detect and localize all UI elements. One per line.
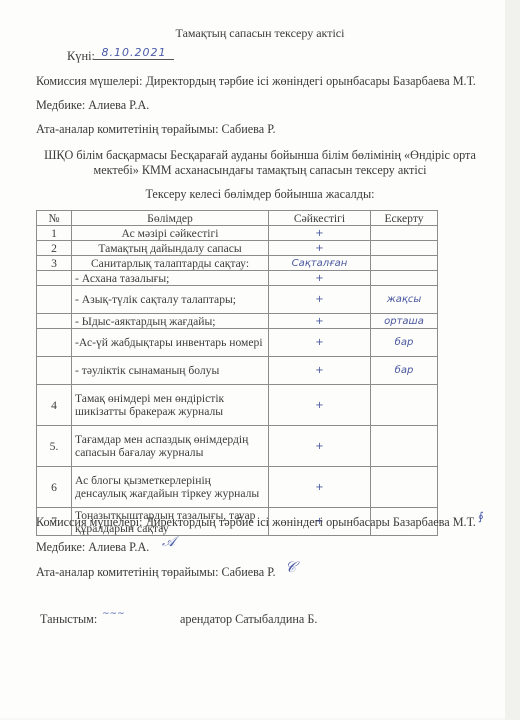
table-row: 4Тамақ өнімдері мен өндірістік шикізатты…: [37, 385, 438, 426]
header-section: Бөлімдер: [72, 211, 269, 226]
row-num: [37, 329, 72, 357]
row-section: - тәуліктік сынаманың болуы: [72, 357, 269, 385]
tenant-line: арендатор Сатыбалдина Б.: [180, 612, 317, 627]
table-row: 5.Тағамдар мен аспаздық өнімдердің сапас…: [37, 426, 438, 467]
table-header-row: № Бөлімдер Сәйкестігі Ескерту: [37, 211, 438, 226]
footer-parent-line: Ата-аналар комитетінің төрайымы: Сабиева…: [36, 565, 276, 580]
row-section: Ас блогы қызметкерлерінің денсаулық жағд…: [72, 467, 269, 508]
table-row: - Ыдыс-аяктардың жағдайы;+орташа: [37, 314, 438, 329]
row-section: Тағамдар мен аспаздық өнімдердің сапасын…: [72, 426, 269, 467]
row-conformity: Сақталған: [269, 256, 371, 271]
page-edge: [505, 0, 520, 720]
row-num: 5.: [37, 426, 72, 467]
subheading: Тексеру келесі бөлімдер бойынша жасалды:: [0, 187, 520, 202]
row-note: [371, 256, 438, 271]
row-conformity: +: [269, 241, 371, 256]
heading-line-1: ШҚО білім басқармасы Бесқарағай ауданы б…: [0, 148, 520, 163]
row-note: [371, 385, 438, 426]
row-note: бар: [371, 329, 438, 357]
row-note: [371, 467, 438, 508]
row-num: [37, 314, 72, 329]
row-section: - Азық-түлік сақталу талаптары;: [72, 286, 269, 314]
row-conformity: +: [269, 385, 371, 426]
row-num: 2: [37, 241, 72, 256]
signature-commission: ∮: [478, 510, 484, 523]
row-section: -Ас-үй жабдықтары инвентарь номері: [72, 329, 269, 357]
table-row: 3Санитарлық талаптарды сақтау:Сақталған: [37, 256, 438, 271]
acknowledged-label: Таныстым:: [40, 612, 97, 627]
row-section: - Ыдыс-аяктардың жағдайы;: [72, 314, 269, 329]
document-title: Тамақтың сапасын тексеру актісі: [0, 26, 520, 41]
row-section: Тамақтың дайындалу сапасы: [72, 241, 269, 256]
nurse-line: Медбике: Алиева Р.А.: [36, 98, 149, 113]
date-value: 8.10.2021: [94, 46, 174, 60]
table-row: -Ас-үй жабдықтары инвентарь номері+бар: [37, 329, 438, 357]
row-note: жақсы: [371, 286, 438, 314]
row-note: [371, 426, 438, 467]
row-note: [371, 241, 438, 256]
row-note: орташа: [371, 314, 438, 329]
table-row: 2Тамақтың дайындалу сапасы+: [37, 241, 438, 256]
table-row: - Азық-түлік сақталу талаптары;+жақсы: [37, 286, 438, 314]
footer-nurse-line: Медбике: Алиева Р.А.: [36, 540, 149, 555]
row-num: 4: [37, 385, 72, 426]
row-num: [37, 357, 72, 385]
table-row: 6Ас блогы қызметкерлерінің денсаулық жағ…: [37, 467, 438, 508]
header-note: Ескерту: [371, 211, 438, 226]
header-num: №: [37, 211, 72, 226]
row-note: [371, 226, 438, 241]
row-num: 1: [37, 226, 72, 241]
row-conformity: +: [269, 314, 371, 329]
row-conformity: +: [269, 286, 371, 314]
table-row: - Асхана тазалығы;+: [37, 271, 438, 286]
row-conformity: +: [269, 357, 371, 385]
row-note: [371, 271, 438, 286]
row-conformity: +: [269, 467, 371, 508]
row-conformity: +: [269, 271, 371, 286]
row-section: - Асхана тазалығы;: [72, 271, 269, 286]
row-conformity: +: [269, 226, 371, 241]
commission-line: Комиссия мүшелері: Директордың тәрбие іс…: [36, 74, 476, 89]
row-num: 6: [37, 467, 72, 508]
table-row: 1Ас мәзірі сәйкестігі+: [37, 226, 438, 241]
footer-commission-line: Комиссия мүшелері: Директордың тәрбие іс…: [36, 515, 476, 530]
signature-nurse: 𝒜: [162, 534, 175, 550]
header-conformity: Сәйкестігі: [269, 211, 371, 226]
parent-committee-line: Ата-аналар комитетінің төрайымы: Сабиева…: [36, 122, 276, 137]
signature-tenant: ~~~: [102, 609, 125, 619]
table-row: - тәуліктік сынаманың болуы+бар: [37, 357, 438, 385]
row-num: 3: [37, 256, 72, 271]
row-section: Ас мәзірі сәйкестігі: [72, 226, 269, 241]
row-num: [37, 271, 72, 286]
row-note: бар: [371, 357, 438, 385]
inspection-table: № Бөлімдер Сәйкестігі Ескерту 1Ас мәзірі…: [36, 210, 438, 536]
row-conformity: +: [269, 329, 371, 357]
row-section: Тамақ өнімдері мен өндірістік шикізатты …: [72, 385, 269, 426]
signature-parent: 𝒞: [285, 558, 296, 576]
heading-line-2: мектебі» КММ асханасындағы тамақтың сапа…: [0, 163, 520, 178]
row-conformity: +: [269, 426, 371, 467]
row-section: Санитарлық талаптарды сақтау:: [72, 256, 269, 271]
row-num: [37, 286, 72, 314]
date-label: Күні:: [67, 49, 95, 64]
